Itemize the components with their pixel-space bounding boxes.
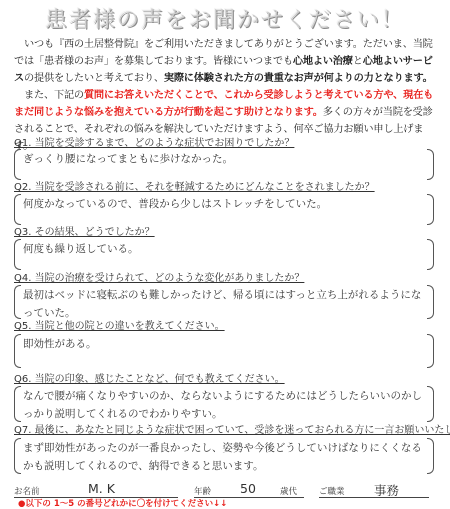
age-value: 50 [240,481,256,496]
answer-box-3: 何度も繰り返している。 [14,239,424,270]
intro-paragraph-1: いつも『西の土居整骨院』をご利用いただきましてありがとうございます。ただいま、当… [14,36,438,87]
name-value: M. K [88,481,115,496]
right-bracket [427,239,434,270]
answer-5: 即効性がある。 [23,336,423,354]
instruction-note: ●以下の 1～5 の番号どれかに〇を付けてください↓↓ [18,497,227,509]
intro-bold-3: 実際に体験された方の貴重なお声が何よりの力となります。 [164,73,433,84]
age-label: 年齢 [194,485,211,497]
right-bracket [427,285,434,319]
left-bracket [14,149,21,180]
page-title: 患者様の声をお聞かせください！ [0,3,450,34]
intro-text-c: と [353,56,363,67]
job-field: ご職業 事務 [319,483,429,498]
question-6-label: Q6. 当院の印象、感じたことなど、何でも教えてください。 [14,373,285,386]
left-bracket [14,194,21,225]
answer-3: 何度も繰り返している。 [23,241,423,259]
answer-2: 何度かなっているので、普段から少しはストレッチをしていた。 [23,196,423,214]
intro-bold-1: 心地よい治療 [293,56,353,67]
answer-box-1: ぎっくり腰になってまともに歩けなかった。 [14,149,424,180]
age-suffix: 歳代 [280,485,297,497]
job-label: ご職業 [319,485,345,497]
name-label: お名前 [14,485,40,497]
job-value: 事務 [374,481,399,499]
respondent-info: お名前 M. K 年齢 50 歳代 ご職業 事務 [14,483,429,497]
answer-box-2: 何度かなっているので、普段から少しはストレッチをしていた。 [14,194,424,225]
left-bracket [14,438,21,474]
intro-text-e: また、下記の [24,90,84,101]
answer-1: ぎっくり腰になってまともに歩けなかった。 [23,151,423,169]
right-bracket [427,194,434,225]
question-2-label: Q2. 当院を受診される前に、それを軽減するためにどんなことをされましたか？ [14,181,375,194]
answer-box-5: 即効性がある。 [14,334,424,368]
right-bracket [427,386,434,422]
left-bracket [14,239,21,270]
answer-box-7: まず即効性があったのが一番良かったし、姿勢や今後どうしていけばなりにくくなるかも… [14,438,424,474]
question-5-label: Q5. 当院と他の院との違いを教えてください。 [14,320,225,333]
intro-text-d: の提供をしたいと考えており、 [24,73,164,84]
right-bracket [427,149,434,180]
answer-6: なんで腰が痛くなりやすいのか、ならないようにするためにはどうしたらいいのかしっか… [23,388,423,423]
left-bracket [14,334,21,368]
answer-box-6: なんで腰が痛くなりやすいのか、ならないようにするためにはどうしたらいいのかしっか… [14,386,424,422]
left-bracket [14,285,21,319]
question-3-label: Q3. その結果、どうでしたか？ [14,226,155,239]
question-4-label: Q4. 当院の治療を受けられて、どのような変化がありましたか？ [14,272,304,285]
right-bracket [427,334,434,368]
right-bracket [427,438,434,474]
age-field: 年齢 50 歳代 [194,483,304,498]
answer-4: 最初はベッドに寝転ぶのも難しかったけど、帰る頃にはすっと立ち上がれるようになって… [23,287,423,322]
answer-7: まず即効性があったのが一番良かったし、姿勢や今後どうしていけばなりにくくなるかも… [23,440,423,475]
left-bracket [14,386,21,422]
question-7-label: Q7. 最後に、あなたと同じような症状で困っていて、受診を迷っておられる方に一言… [14,424,450,437]
answer-box-4: 最初はベッドに寝転ぶのも難しかったけど、帰る頃にはすっと立ち上がれるようになって… [14,285,424,319]
name-field: お名前 M. K [14,483,178,498]
